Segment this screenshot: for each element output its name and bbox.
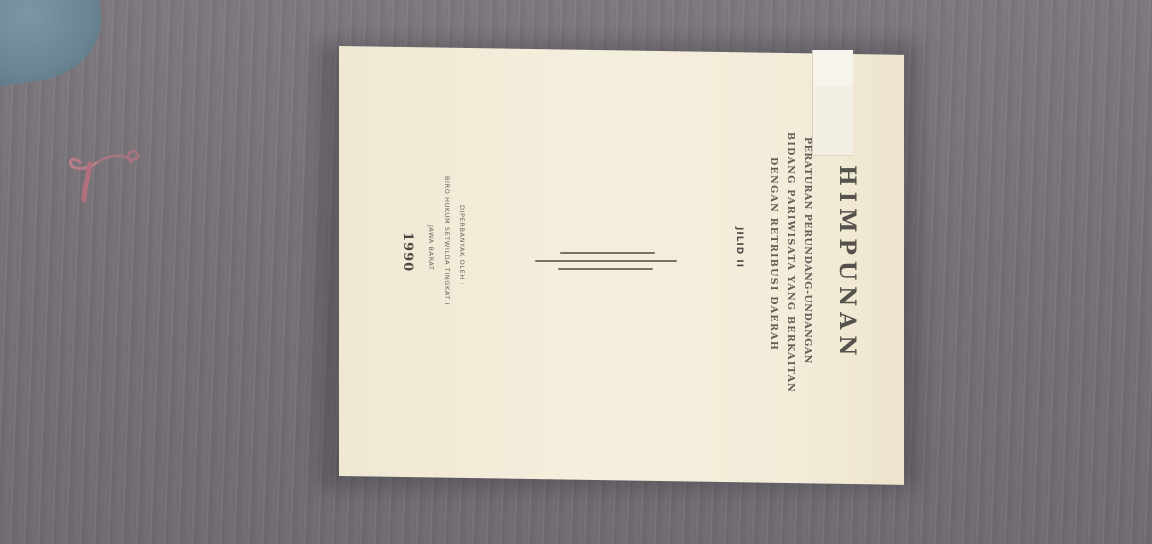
decorative-rule (558, 268, 653, 270)
volume-label: JILID II (734, 227, 744, 268)
decorative-rule (560, 252, 655, 254)
subtitle-line-1: PERATURAN PERUNDANG-UNDANGAN (802, 137, 813, 364)
publisher-line-2: BIRO HUKUM SETWILDA TINGKAT I (443, 176, 451, 305)
label-patch (812, 50, 853, 156)
decorative-rule (535, 260, 677, 262)
red-string (62, 148, 147, 206)
publisher-line-3: JAWA BARAT (427, 225, 435, 271)
subtitle-line-3: DENGAN RETRIBUSI DAERAH (768, 157, 779, 351)
cover-title: HIMPUNAN (834, 165, 860, 361)
subtitle-line-2: BIDANG PARIWISATA YANG BERKAITAN (785, 132, 796, 393)
publication-year: 1990 (400, 232, 415, 272)
blue-fabric (0, 0, 109, 88)
publisher-line-1: DIPERBANYAK OLEH : (458, 205, 466, 285)
